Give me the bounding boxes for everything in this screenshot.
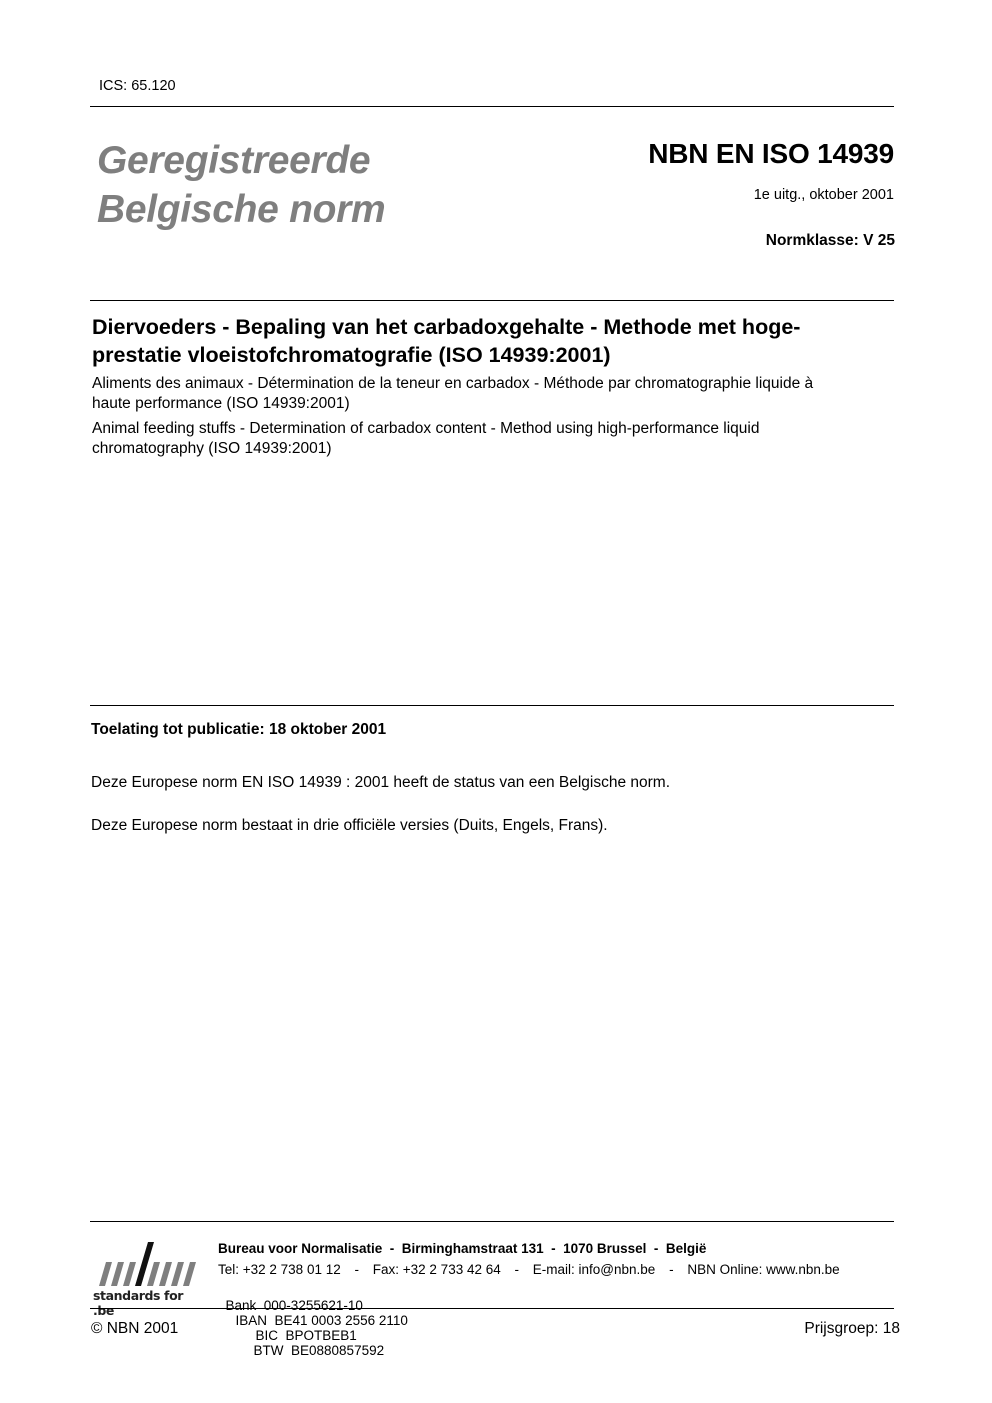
edition-date: 1e uitg., oktober 2001 (754, 187, 894, 203)
ics-code: ICS: 65.120 (99, 78, 176, 94)
bank-line: Bank 000-3255621-10 IBAN BE41 0003 2556 … (218, 1283, 408, 1358)
nbn-logo-icon (93, 1242, 203, 1288)
status-statement: Deze Europese norm EN ISO 14939 : 2001 h… (91, 774, 670, 792)
title-english-line-2: chromatography (ISO 14939:2001) (92, 439, 892, 459)
separator: - (669, 1262, 674, 1277)
phone-number: Tel: +32 2 738 01 12 (218, 1262, 341, 1277)
separator: - (355, 1262, 360, 1277)
divider-title (90, 300, 894, 301)
title-dutch: Diervoeders - Bepaling van het carbadoxg… (92, 313, 892, 369)
separator: - (515, 1262, 520, 1277)
vat-number: BTW BE0880857592 (254, 1343, 385, 1358)
registered-line-2: Belgische norm (97, 185, 385, 234)
website: NBN Online: www.nbn.be (687, 1262, 839, 1277)
standard-code: NBN EN ISO 14939 (648, 138, 894, 170)
registered-line-1: Geregistreerde (97, 136, 385, 185)
title-dutch-line-2: prestatie vloeistofchromatografie (ISO 1… (92, 341, 892, 369)
bank-account: Bank 000-3255621-10 (226, 1298, 363, 1313)
title-english: Animal feeding stuffs - Determination of… (92, 419, 892, 459)
title-french-line-1: Aliments des animaux - Détermination de … (92, 374, 892, 394)
divider-publication (90, 705, 894, 706)
title-french-line-2: haute performance (ISO 14939:2001) (92, 394, 892, 414)
norm-class: Normklasse: V 25 (766, 232, 895, 250)
registered-standard-heading: Geregistreerde Belgische norm (97, 136, 385, 234)
divider-footer (90, 1221, 894, 1222)
bic: BIC BPOTBEB1 (256, 1328, 357, 1343)
price-group: Prijsgroep: 18 (804, 1320, 900, 1338)
contact-line: Tel: +32 2 738 01 12 - Fax: +32 2 733 42… (218, 1262, 840, 1277)
title-french: Aliments des animaux - Détermination de … (92, 374, 892, 414)
organization-address: Bureau voor Normalisatie - Birminghamstr… (218, 1241, 706, 1256)
title-english-line-1: Animal feeding stuffs - Determination of… (92, 419, 892, 439)
nbn-logo: standards for .be (93, 1242, 203, 1304)
versions-statement: Deze Europese norm bestaat in drie offic… (91, 817, 608, 835)
publication-approval: Toelating tot publicatie: 18 oktober 200… (91, 721, 386, 739)
fax-number: Fax: +32 2 733 42 64 (373, 1262, 501, 1277)
copyright: © NBN 2001 (91, 1320, 178, 1338)
divider-top (90, 106, 894, 107)
divider-bottom (90, 1308, 894, 1309)
iban: IBAN BE41 0003 2556 2110 (236, 1313, 408, 1328)
email-address: E-mail: info@nbn.be (533, 1262, 656, 1277)
title-dutch-line-1: Diervoeders - Bepaling van het carbadoxg… (92, 313, 892, 341)
logo-tagline: standards for .be (93, 1288, 203, 1318)
